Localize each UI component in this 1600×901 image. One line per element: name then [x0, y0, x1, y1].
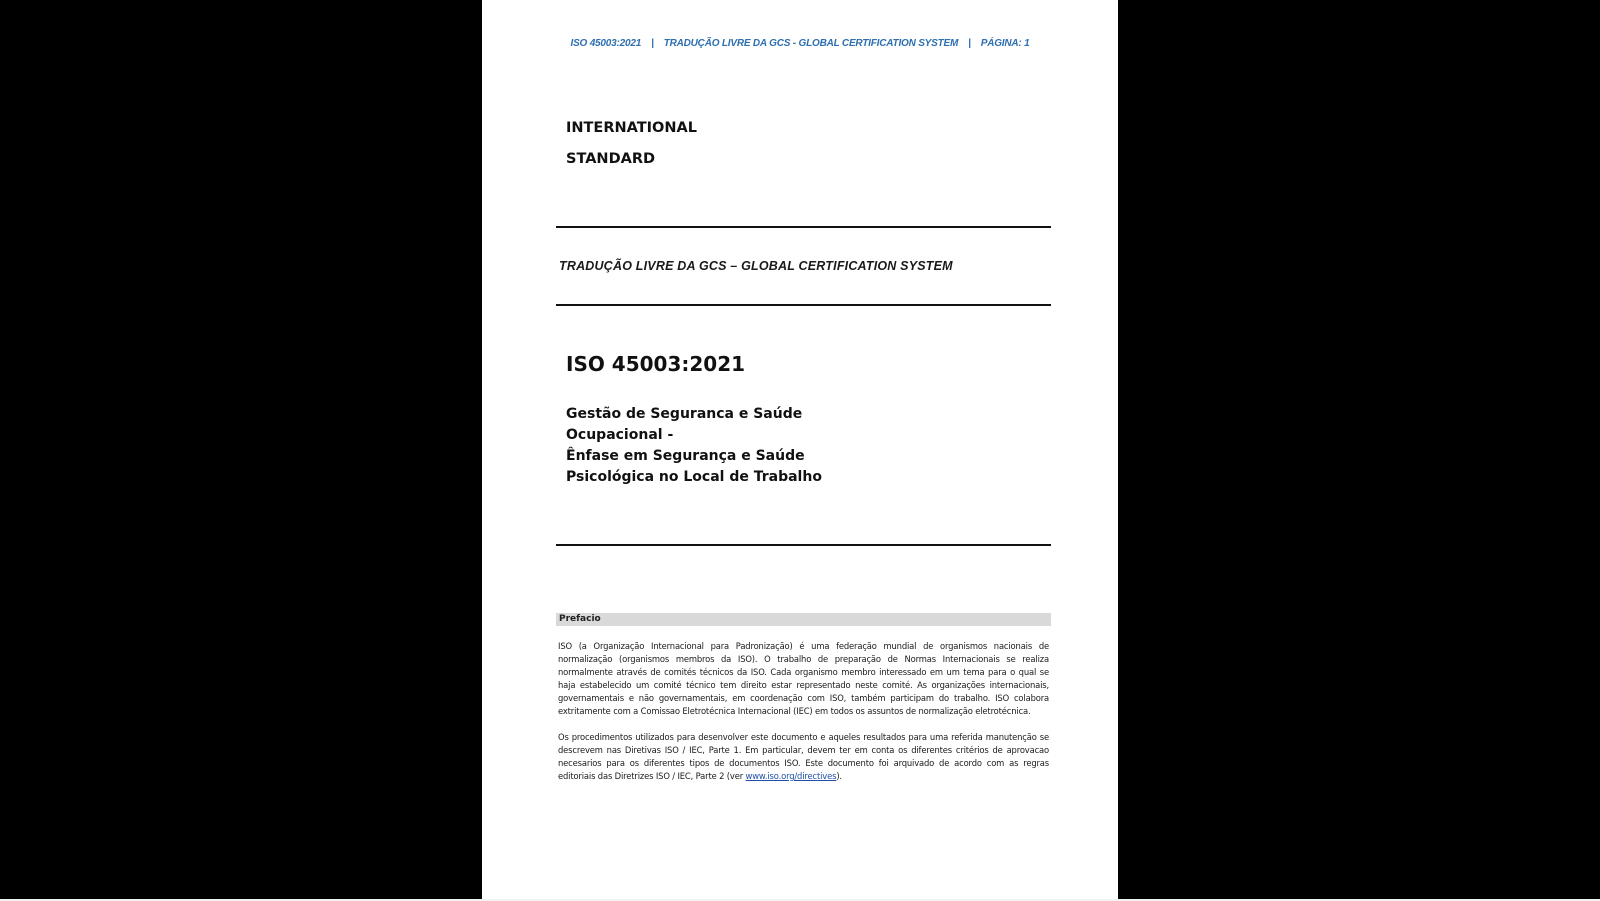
divider — [556, 544, 1051, 546]
divider — [556, 304, 1051, 306]
document-type-line: STANDARD — [566, 144, 697, 175]
header-separator: | — [968, 38, 971, 49]
divider — [556, 226, 1051, 228]
preface-paragraph: ISO (a Organização Internacional para Pa… — [558, 640, 1049, 718]
title-line: Gestão de Seguranca e Saúde — [566, 404, 822, 425]
preface-paragraph: Os procedimentos utilizados para desenvo… — [558, 731, 1049, 783]
header-page-number: PÁGINA: 1 — [981, 38, 1030, 49]
header-standard: ISO 45003:2021 — [570, 38, 641, 49]
preface-heading-bar: Prefacio — [556, 613, 1051, 626]
document-title: Gestão de Seguranca e Saúde Ocupacional … — [566, 404, 822, 488]
title-line: Ocupacional - — [566, 425, 822, 446]
preface-body: ISO (a Organização Internacional para Pa… — [558, 640, 1049, 796]
preface-text: ). — [836, 771, 842, 781]
document-type-line: INTERNATIONAL — [566, 113, 697, 144]
title-line: Psicológica no Local de Trabalho — [566, 467, 822, 488]
header-separator: | — [651, 38, 654, 49]
running-header: ISO 45003:2021|TRADUÇÃO LIVRE DA GCS - G… — [482, 38, 1118, 49]
document-type: INTERNATIONAL STANDARD — [566, 113, 697, 175]
translation-note: TRADUÇÃO LIVRE DA GCS – GLOBAL CERTIFICA… — [559, 259, 953, 273]
standard-code: ISO 45003:2021 — [566, 352, 745, 376]
document-page: ISO 45003:2021|TRADUÇÃO LIVRE DA GCS - G… — [482, 0, 1118, 899]
header-translation: TRADUÇÃO LIVRE DA GCS - GLOBAL CERTIFICA… — [664, 38, 958, 49]
title-line: Ênfase em Segurança e Saúde — [566, 446, 822, 467]
preface-heading: Prefacio — [559, 613, 601, 626]
directives-link[interactable]: www.iso.org/directives — [746, 771, 837, 781]
